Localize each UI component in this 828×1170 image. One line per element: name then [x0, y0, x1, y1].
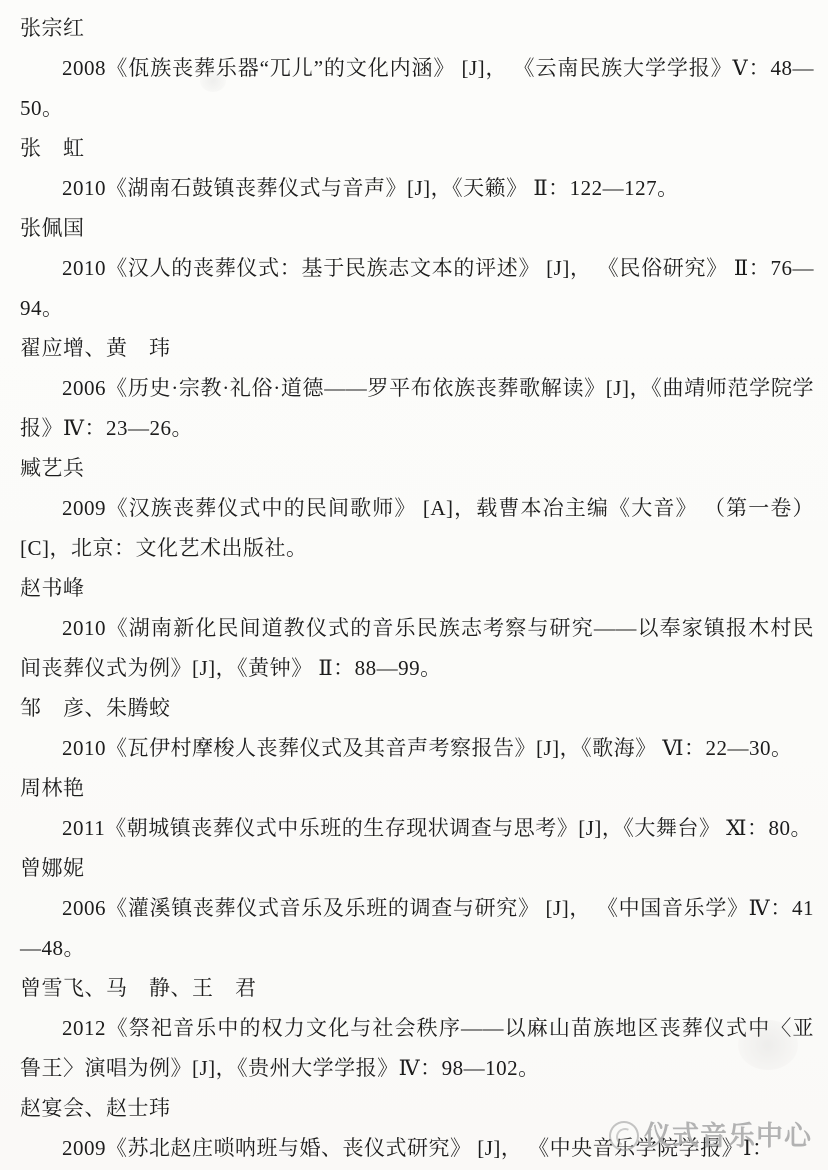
- entry-author: 曾娜妮: [20, 848, 814, 888]
- entry-citation: 2010《湖南新化民间道教仪式的音乐民族志考察与研究——以奉家镇报木村民间丧葬仪…: [20, 608, 814, 688]
- entry-citation: 2011《朝城镇丧葬仪式中乐班的生存现状调查与思考》[J]，《大舞台》 Ⅺ：80…: [20, 808, 814, 848]
- entry-author: 周林艳: [20, 768, 814, 808]
- entry-author: 张 虹: [20, 128, 814, 168]
- scan-smudge: [200, 70, 226, 92]
- entry-citation: 2010《汉人的丧葬仪式：基于民族志文本的评述》 [J]， 《民俗研究》 Ⅱ：7…: [20, 248, 814, 328]
- entry-author: 张宗红: [20, 8, 814, 48]
- entry-citation: 2009《苏北赵庄唢呐班与婚、丧仪式研究》 [J]， 《中央音乐学院学报》Ⅰ：: [20, 1128, 814, 1168]
- entry-author: 曾雪飞、马 静、王 君: [20, 968, 814, 1008]
- entry-citation: 2010《湖南石鼓镇丧葬仪式与音声》[J]，《天籁》 Ⅱ：122—127。: [20, 168, 814, 208]
- entry-author: 翟应增、黄 玮: [20, 328, 814, 368]
- entry-author: 赵宴会、赵士玮: [20, 1088, 814, 1128]
- entry-citation: 2006《历史·宗教·礼俗·道德——罗平布依族丧葬歌解读》[J]，《曲靖师范学院…: [20, 368, 814, 448]
- scan-smudge: [738, 1020, 798, 1070]
- entry-author: 邹 彦、朱腾蛟: [20, 688, 814, 728]
- entry-citation: 2012《祭祀音乐中的权力文化与社会秩序——以麻山苗族地区丧葬仪式中〈亚鲁王〉演…: [20, 1008, 814, 1088]
- document-page: 张宗红 2008《佤族丧葬乐器“兀儿”的文化内涵》 [J]， 《云南民族大学学报…: [0, 0, 828, 1170]
- entry-citation: 2008《佤族丧葬乐器“兀儿”的文化内涵》 [J]， 《云南民族大学学报》Ⅴ：4…: [20, 48, 814, 128]
- entry-author: 张佩国: [20, 208, 814, 248]
- entry-citation: 2009《汉族丧葬仪式中的民间歌师》 [A]，载曹本冶主编《大音》 （第一卷）[…: [20, 488, 814, 568]
- entry-author: 赵书峰: [20, 568, 814, 608]
- entry-citation: 2006《灌溪镇丧葬仪式音乐及乐班的调查与研究》 [J]， 《中国音乐学》Ⅳ：4…: [20, 888, 814, 968]
- entry-citation: 2010《瓦伊村摩梭人丧葬仪式及其音声考察报告》[J]，《歌海》 Ⅵ：22—30…: [20, 728, 814, 768]
- entry-author: 臧艺兵: [20, 448, 814, 488]
